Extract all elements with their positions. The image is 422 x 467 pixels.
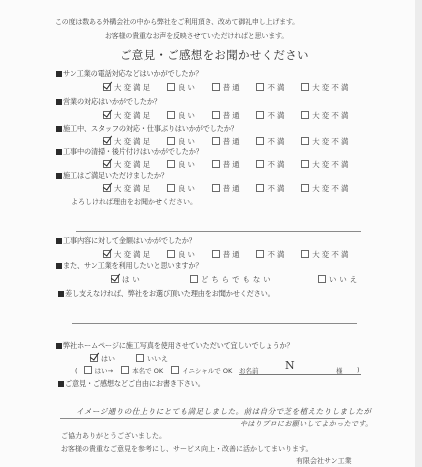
question-phone: サン工業の電話対応などはいかがでしたか？ — [56, 69, 202, 79]
closing-message: お客様の貴重なご意見を参考にし、サービス向上・改善に活かしてまいります。 — [61, 444, 312, 454]
intro-line-1: この度は数ある外構会社の中から弊社をご利用頂き、改めて御礼申し上げます。 — [55, 17, 299, 27]
rating-row-phone: 大変満足 良い 普通 不満 大変不満 — [103, 82, 351, 93]
checkbox-checked-icon — [103, 137, 111, 145]
option-very-dissatisfied[interactable]: 大変不満 — [301, 160, 350, 169]
rating-row-sales: 大変満足 良い 普通 不満 大変不満 — [103, 110, 351, 121]
option-normal[interactable]: 普通 — [212, 83, 242, 92]
bullet-square-icon — [56, 149, 62, 155]
option-good[interactable]: 良い — [167, 184, 197, 193]
question-staff: 施工中、スタッフの対応・仕事ぶりはいかがでしたか？ — [56, 124, 238, 134]
rating-row-price: 大変満足 良い 普通 不満 大変不満 — [103, 249, 351, 260]
option-dissatisfied[interactable]: 不満 — [256, 111, 286, 120]
checkbox-icon — [136, 354, 144, 362]
choose-reason-answer-line[interactable] — [72, 323, 357, 324]
option-normal[interactable]: 普通 — [212, 250, 242, 259]
option-photo-no[interactable]: いいえ — [136, 354, 168, 364]
checkbox-icon — [301, 184, 309, 192]
free-comment-prompt: ご意見・ご感想などご自由にお書き下さい。 — [58, 379, 205, 389]
checkbox-icon — [167, 250, 175, 258]
checkbox-checked-icon — [103, 160, 111, 168]
bullet-square-icon — [56, 99, 62, 105]
checkbox-icon — [167, 111, 175, 119]
checkbox-icon — [256, 184, 264, 192]
name-field[interactable]: N — [285, 359, 295, 372]
bullet-square-icon — [58, 381, 64, 387]
checkbox-icon — [167, 137, 175, 145]
option-name-yes[interactable]: はい→ — [84, 367, 113, 375]
option-reuse-no[interactable]: いいえ — [318, 274, 360, 285]
option-photo-yes[interactable]: はい — [90, 354, 115, 364]
option-very-satisfied[interactable]: 大変満足 — [103, 83, 152, 92]
checkbox-icon — [256, 250, 264, 258]
checkbox-icon — [301, 250, 309, 258]
checkbox-icon — [256, 83, 264, 91]
question-construction: 施工はご満足いただけましたか？ — [56, 171, 168, 181]
bullet-square-icon — [56, 126, 62, 132]
name-display-row: ( はい→ 本名で OK イニシャルで OK — [75, 366, 232, 375]
option-very-satisfied[interactable]: 大変満足 — [103, 137, 152, 146]
checkbox-checked-icon — [111, 275, 119, 283]
option-very-satisfied[interactable]: 大変満足 — [103, 250, 152, 259]
checkbox-checked-icon — [103, 111, 111, 119]
option-very-satisfied[interactable]: 大変満足 — [103, 111, 152, 120]
checkbox-icon — [301, 160, 309, 168]
option-dissatisfied[interactable]: 不満 — [256, 83, 286, 92]
question-sales: 営業の対応はいかがでしたか？ — [56, 97, 161, 107]
rating-row-construction: 大変満足 良い 普通 不満 大変不満 — [103, 183, 351, 194]
option-reuse-yes[interactable]: はい — [111, 274, 143, 285]
bullet-square-icon — [58, 291, 64, 297]
checkbox-checked-icon — [103, 250, 111, 258]
reason-prompt: よろしければ理由をお聞かせください。 — [71, 197, 197, 207]
checkbox-icon — [318, 275, 326, 283]
checkbox-icon — [84, 366, 92, 374]
free-comment-line-1[interactable]: イメージ通りの仕上りにとても満足しました。前は自分で芝を植えたりしましたが — [76, 406, 372, 417]
checkbox-icon — [256, 137, 264, 145]
checkbox-icon — [212, 184, 220, 192]
intro-line-2: お客様の貴重なお声を反映させていただければと思います。 — [105, 31, 288, 41]
checkbox-icon — [212, 83, 220, 91]
option-normal[interactable]: 普通 — [212, 137, 242, 146]
checkbox-icon — [212, 250, 220, 258]
option-good[interactable]: 良い — [167, 83, 197, 92]
option-initials[interactable]: イニシャルで OK — [171, 367, 232, 375]
reason-answer-line[interactable] — [76, 231, 361, 232]
checkbox-icon — [212, 160, 220, 168]
checkbox-checked-icon — [103, 184, 111, 192]
option-very-dissatisfied[interactable]: 大変不満 — [301, 83, 350, 92]
checkbox-icon — [167, 83, 175, 91]
rating-row-cleanup: 大変満足 良い 普通 不満 大変不満 — [103, 159, 351, 170]
checkbox-icon — [301, 137, 309, 145]
free-comment-line-2[interactable]: やはりプロにお願いしてよかったです。 — [240, 419, 373, 429]
option-dissatisfied[interactable]: 不満 — [256, 137, 286, 146]
company-name: 有限会社サン工業 — [296, 456, 352, 466]
checkbox-icon — [121, 366, 129, 374]
option-very-dissatisfied[interactable]: 大変不満 — [301, 137, 350, 146]
checkbox-icon — [301, 111, 309, 119]
option-reuse-neutral[interactable]: どちらでもない — [190, 274, 274, 285]
checkbox-icon — [167, 160, 175, 168]
option-good[interactable]: 良い — [167, 250, 197, 259]
question-cleanup: 工事中の清掃・後片付けはいかがでしたか？ — [56, 147, 203, 157]
option-very-satisfied[interactable]: 大変満足 — [103, 184, 152, 193]
question-photo: 弊社ホームページに施工写真を使用させていただいて宜しいでしょうか？ — [56, 341, 293, 351]
option-normal[interactable]: 普通 — [212, 160, 242, 169]
option-dissatisfied[interactable]: 不満 — [256, 160, 286, 169]
checkbox-checked-icon — [90, 354, 98, 362]
bullet-square-icon — [56, 71, 62, 77]
option-dissatisfied[interactable]: 不満 — [256, 184, 286, 193]
question-price: 工事内容に対して金額はいかがでしたか？ — [56, 236, 196, 246]
option-dissatisfied[interactable]: 不満 — [256, 250, 286, 259]
checkbox-icon — [301, 83, 309, 91]
option-very-dissatisfied[interactable]: 大変不満 — [301, 250, 350, 259]
bullet-square-icon — [56, 343, 62, 349]
closing-thanks: ご協力ありがとうございました。 — [61, 431, 166, 441]
option-very-dissatisfied[interactable]: 大変不満 — [301, 184, 350, 193]
checkbox-checked-icon — [103, 83, 111, 91]
option-very-satisfied[interactable]: 大変満足 — [103, 160, 152, 169]
checkbox-icon — [171, 366, 179, 374]
option-real-name[interactable]: 本名で OK — [121, 367, 163, 375]
question-reuse: また、サン工業を利用したいと思いますか？ — [56, 261, 202, 271]
name-suffix: 様 — [336, 366, 343, 375]
checkbox-icon — [212, 111, 220, 119]
checkbox-icon — [190, 275, 198, 283]
option-good[interactable]: 良い — [167, 160, 197, 169]
page-title: ご意見・ご感想をお聞かせください — [120, 47, 309, 63]
rating-row-staff: 大変満足 良い 普通 不満 大変不満 — [103, 136, 351, 147]
bullet-square-icon — [56, 238, 62, 244]
option-very-dissatisfied[interactable]: 大変不満 — [301, 111, 350, 120]
option-good[interactable]: 良い — [167, 137, 197, 146]
bullet-square-icon — [56, 173, 62, 179]
choose-reason-prompt: 差し支えなければ、弊社をお選び頂いた理由をお聞かせください。 — [58, 289, 275, 299]
scan-edge — [415, 0, 422, 467]
option-good[interactable]: 良い — [167, 111, 197, 120]
checkbox-icon — [256, 160, 264, 168]
checkbox-icon — [212, 137, 220, 145]
checkbox-icon — [256, 111, 264, 119]
name-close-paren: ) — [357, 366, 360, 374]
bullet-square-icon — [56, 263, 62, 269]
checkbox-icon — [167, 184, 175, 192]
option-normal[interactable]: 普通 — [212, 111, 242, 120]
option-normal[interactable]: 普通 — [212, 184, 242, 193]
